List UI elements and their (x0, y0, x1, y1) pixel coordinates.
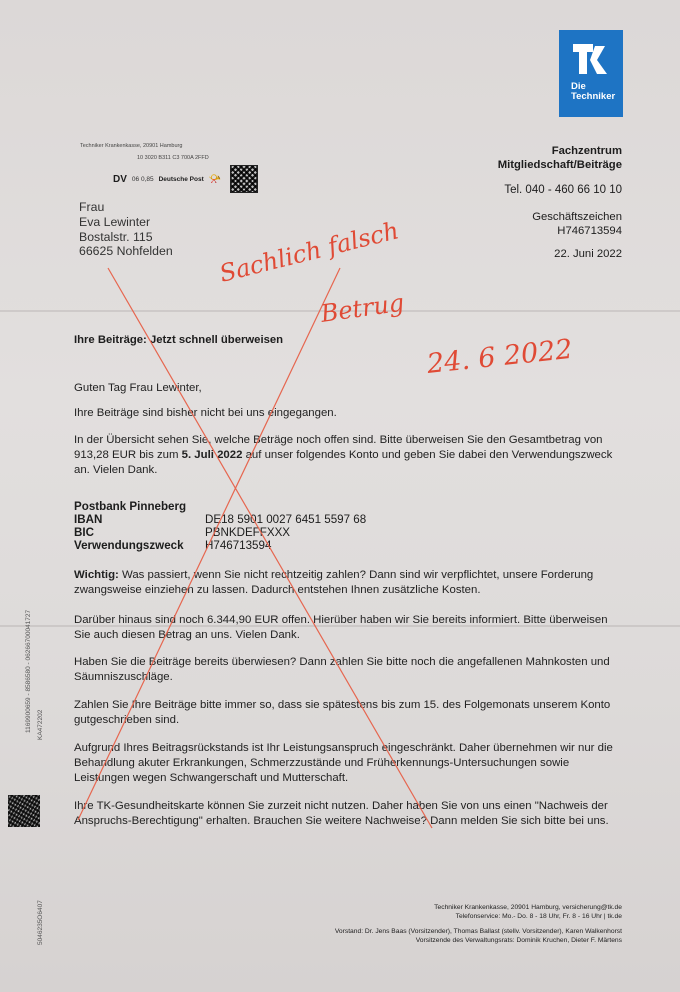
iban-value: DE18 5901 0027 6451 5597 68 (205, 513, 366, 526)
bic-value: PBNKDEFFXXX (205, 526, 290, 539)
due-date: 5. Juli 2022 (182, 449, 243, 461)
fold-line (0, 310, 680, 312)
reference-label: Geschäftszeichen (532, 210, 622, 224)
margin-code-1: 1169900659 - 8586580 - 06266700041727 (25, 610, 32, 733)
paragraph-outstanding: Darüber hinaus sind noch 6.344,90 EUR of… (74, 613, 614, 643)
reference-value: H746713594 (532, 224, 622, 238)
margin-qr-code (8, 795, 40, 827)
tk-logo-icon (573, 44, 611, 78)
department: Fachzentrum Mitgliedschaft/Beiträge (498, 144, 622, 172)
greeting: Guten Tag Frau Lewinter, (74, 381, 614, 396)
postage-qr-code (230, 165, 258, 193)
bic-label: BIC (74, 526, 205, 539)
footer-board: Vorstand: Dr. Jens Baas (Vorsitzender), … (335, 927, 622, 945)
department-line2: Mitgliedschaft/Beiträge (498, 158, 622, 172)
paragraph-1: Ihre Beiträge sind bisher nicht bei uns … (74, 406, 614, 421)
logo-line2: Techniker (571, 92, 615, 102)
recipient-salutation: Frau (79, 200, 173, 215)
handwritten-note-2: Betrug (318, 289, 406, 329)
handwritten-note-1: Sachlich falsch (217, 216, 402, 288)
warning-label: Wichtig: (74, 569, 119, 581)
letter-date: 22. Juni 2022 (554, 248, 622, 260)
recipient-city: 66625 Nohfelden (79, 244, 173, 259)
paragraph-2: In der Übersicht sehen Sie, welche Beträ… (74, 433, 614, 478)
posthorn-icon: 📯 (209, 174, 221, 185)
paragraph-benefits-restricted: Aufgrund Ihres Beitragsrückstands ist Ih… (74, 741, 614, 786)
margin-code-3: 5046235O6407 (37, 900, 44, 945)
paragraph-already-paid: Haben Sie die Beiträge bereits überwiese… (74, 655, 614, 685)
dv-label: DV (113, 174, 127, 185)
paragraph-payment-deadline: Zahlen Sie Ihre Beiträge bitte immer so,… (74, 698, 614, 728)
footer-supervisory-board: Vorsitzende des Verwaltungsrats: Dominik… (335, 936, 622, 945)
handwritten-date: 24. 6 2022 (424, 334, 573, 380)
footer-contact: Techniker Krankenkasse, 20901 Hamburg, v… (434, 903, 622, 921)
paragraph-health-card: Ihre TK-Gesundheitskarte können Sie zurz… (74, 799, 614, 829)
recipient-street: Bostalstr. 115 (79, 230, 173, 245)
paragraph-warning: Wichtig: Was passiert, wenn Sie nicht re… (74, 568, 614, 598)
warning-text: Was passiert, wenn Sie nicht rechtzeitig… (74, 569, 593, 596)
footer-executive-board: Vorstand: Dr. Jens Baas (Vorsitzender), … (335, 927, 622, 936)
purpose-value: H746713594 (205, 539, 271, 552)
dv-numbers: 06 0,85 (132, 176, 154, 183)
postal-code-line: 10 3020 B311 C3 700A 2FFD (137, 155, 209, 161)
recipient-name: Eva Lewinter (79, 215, 173, 230)
footer-address: Techniker Krankenkasse, 20901 Hamburg, v… (434, 903, 622, 912)
footer-phone-service: Telefonservice: Mo.- Do. 8 - 18 Uhr, Fr.… (434, 912, 622, 921)
bank-row-iban: IBANDE18 5901 0027 6451 5597 68 (74, 513, 366, 526)
phone-number: Tel. 040 - 460 66 10 10 (504, 184, 622, 196)
recipient-address: Frau Eva Lewinter Bostalstr. 115 66625 N… (79, 200, 173, 259)
carrier-name: Deutsche Post (159, 176, 204, 183)
margin-code-2: KA472202 (37, 710, 44, 740)
bank-name: Postbank Pinneberg (74, 500, 366, 513)
iban-label: IBAN (74, 513, 205, 526)
department-line1: Fachzentrum (498, 144, 622, 158)
postage-mark: DV 06 0,85 Deutsche Post 📯 (113, 165, 258, 193)
letter-page: Die Techniker Techniker Krankenkasse, 20… (0, 0, 680, 992)
tk-logo: Die Techniker (559, 30, 623, 117)
purpose-label: Verwendungszweck (74, 539, 205, 552)
bank-details: Postbank Pinneberg IBANDE18 5901 0027 64… (74, 500, 366, 552)
reference: Geschäftszeichen H746713594 (532, 210, 622, 238)
sender-return-line: Techniker Krankenkasse, 20901 Hamburg (80, 143, 182, 149)
bank-row-bic: BICPBNKDEFFXXX (74, 526, 366, 539)
letter-subject: Ihre Beiträge: Jetzt schnell überweisen (74, 334, 283, 346)
bank-row-purpose: VerwendungszweckH746713594 (74, 539, 366, 552)
